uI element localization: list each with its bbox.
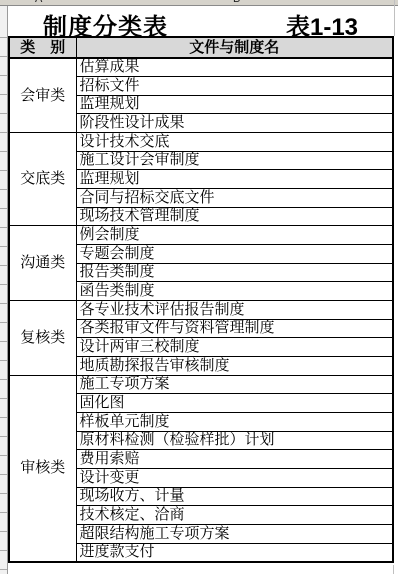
gridline (393, 565, 394, 574)
table-row: 会审类估算成果 (9, 58, 393, 77)
item-cell[interactable]: 现场技术管理制度 (76, 207, 393, 226)
table-row: 沟通类例会制度 (9, 226, 393, 245)
row-header-gutter (0, 6, 8, 574)
item-cell[interactable]: 固化图 (76, 394, 393, 413)
item-cell[interactable]: 专题会制度 (76, 245, 393, 264)
item-cell[interactable]: 监理规划 (76, 95, 393, 114)
title-cell[interactable]: 制度分类表 表1-13 (8, 6, 394, 36)
header-cell-name[interactable]: 文件与制度名 (76, 37, 393, 58)
item-cell[interactable]: 设计变更 (76, 468, 393, 487)
table-row: 复核类各专业技术评估报告制度 (9, 301, 393, 320)
category-cell[interactable]: 交底类 (9, 133, 76, 226)
item-cell[interactable]: 现场收方、计量 (76, 487, 393, 506)
classification-table: 类 别 文件与制度名 会审类估算成果招标文件监理规划阶段性设计成果交底类设计技术… (8, 36, 394, 563)
item-cell[interactable]: 各类报审文件与资料管理制度 (76, 319, 393, 338)
table-row: 交底类设计技术交底 (9, 133, 393, 152)
column-header-b[interactable]: B (233, 0, 240, 5)
item-cell[interactable]: 原材料检测（检验样批）计划 (76, 431, 393, 450)
category-cell[interactable]: 复核类 (9, 301, 76, 376)
header-cell-category[interactable]: 类 别 (9, 37, 76, 58)
spreadsheet-view: A B 制度分类表 表1-13 类 别 文件与制度名 会审类估算成果招标文件监理… (0, 0, 398, 574)
item-cell[interactable]: 样板单元制度 (76, 412, 393, 431)
table-header-row: 类 别 文件与制度名 (9, 37, 393, 58)
category-cell[interactable]: 会审类 (9, 58, 76, 133)
item-cell[interactable]: 设计两审三校制度 (76, 338, 393, 357)
table-row: 审核类施工专项方案 (9, 375, 393, 394)
item-cell[interactable]: 报告类制度 (76, 263, 393, 282)
item-cell[interactable]: 设计技术交底 (76, 133, 393, 152)
category-cell[interactable]: 审核类 (9, 375, 76, 562)
item-cell[interactable]: 进度款支付 (76, 543, 393, 562)
item-cell[interactable]: 技术核定、洽商 (76, 506, 393, 525)
item-cell[interactable]: 地质勘探报告审核制度 (76, 357, 393, 376)
item-cell[interactable]: 招标文件 (76, 77, 393, 96)
item-cell[interactable]: 施工设计会审制度 (76, 151, 393, 170)
table-body: 会审类估算成果招标文件监理规划阶段性设计成果交底类设计技术交底施工设计会审制度监… (9, 58, 393, 562)
column-header-a[interactable]: A (35, 0, 42, 5)
category-cell[interactable]: 沟通类 (9, 226, 76, 301)
item-cell[interactable]: 超限结构施工专项方案 (76, 524, 393, 543)
item-cell[interactable]: 各专业技术评估报告制度 (76, 301, 393, 320)
gridline (394, 0, 395, 36)
item-cell[interactable]: 施工专项方案 (76, 375, 393, 394)
item-cell[interactable]: 函告类制度 (76, 282, 393, 301)
item-cell[interactable]: 监理规划 (76, 170, 393, 189)
item-cell[interactable]: 例会制度 (76, 226, 393, 245)
item-cell[interactable]: 费用索赔 (76, 450, 393, 469)
item-cell[interactable]: 合同与招标交底文件 (76, 189, 393, 208)
item-cell[interactable]: 阶段性设计成果 (76, 114, 393, 133)
item-cell[interactable]: 估算成果 (76, 58, 393, 77)
